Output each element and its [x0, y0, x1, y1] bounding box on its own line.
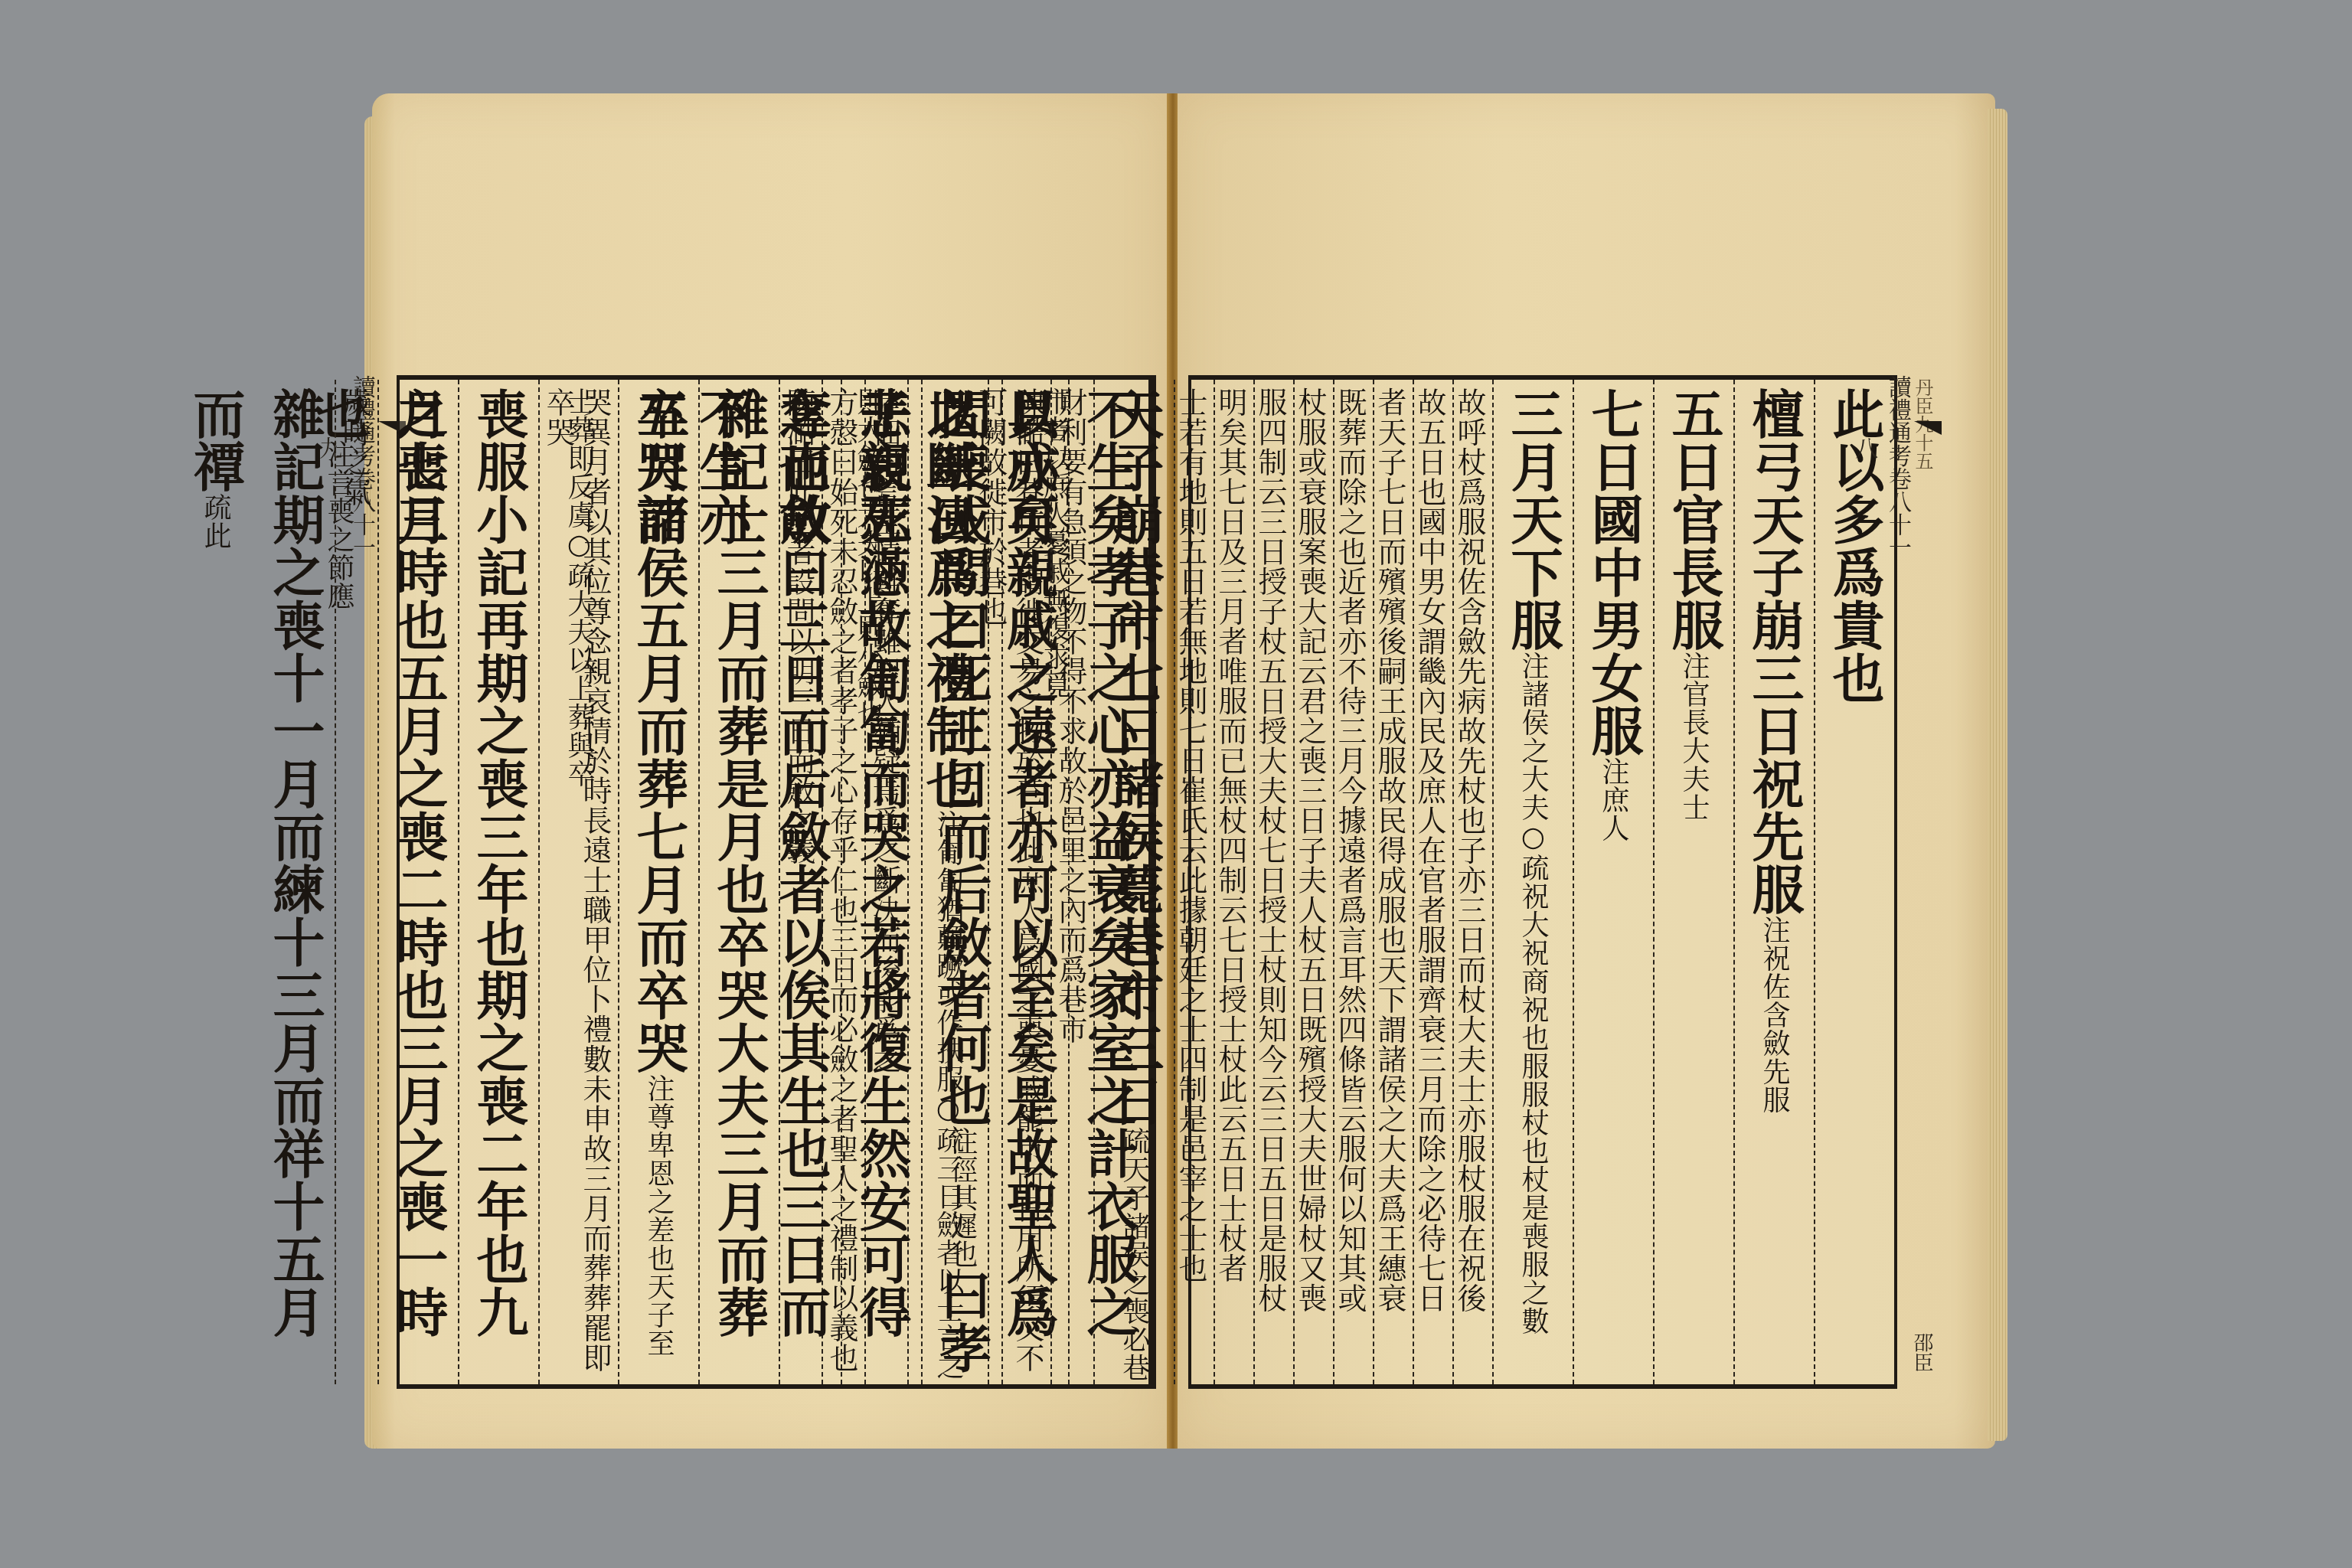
text-column: 檀弓天子崩三日祝先服注祝佐含斂先服: [1733, 380, 1814, 1384]
annotation-column: 故五日也國中男女謂畿內民及庶人在官者服謂齊衰三月而除之必待七日: [1413, 380, 1452, 1384]
annotation-column: 哭異月者以其位尊念親哀情於時長遠士職甲位卜禮數未申故三月而葬葬罷即卒哭: [538, 380, 618, 1384]
text-column: 三月天下服注諸侯之大夫○疏祝大祝商祝也服服杖也杖是喪服之數: [1492, 380, 1573, 1384]
annotation: 注祝佐含斂先服: [1759, 916, 1790, 1114]
annotation: 注官長大夫士: [1678, 652, 1710, 822]
annotation: 注諸侯之大夫○疏祝大祝商祝也服服杖也杖是喪服之數: [1517, 652, 1549, 1335]
text-column: 悲哀志懣故匍匐而哭之若將復生然安可得奪而斂: [841, 380, 921, 1384]
text-column: 喪服小記再期之喪三年也期之喪二年也九月七月: [458, 380, 538, 1384]
text-column: 問喪或問曰死三日而后斂者何也注徑其遲也曰孝子親死: [921, 380, 1001, 1384]
annotation-column: 杖服或衰服案喪大記云君之喪三日子夫人杖五日既殯授大夫世婦杖又喪: [1293, 380, 1333, 1384]
annotation-column: 財利要有急須之物不得不求故於邑里之內而爲巷市: [1050, 380, 1093, 1384]
annotation: 注徑其遲也: [946, 1127, 978, 1269]
right-slip-title: 讀禮通考卷八十一: [1880, 375, 1914, 1380]
annotation-column: 服四制云三日授子杖五日授大夫杖七日授士杖則知今云三日五日是服杖: [1253, 380, 1293, 1384]
annotation-column: 歲時之氣: [335, 380, 377, 1384]
text-column: 七日國中男女服注庶人: [1573, 380, 1653, 1384]
right-page-stack-edge: [1988, 109, 2007, 1441]
annotation-column: 明矣其七日及三月者唯服而已無杖四制云七日授士杖此云五日士杖者: [1214, 380, 1253, 1384]
right-page: 此以多爲貴也 檀弓天子崩三日祝先服注祝佐含斂先服 五日官長服注官長大夫士 七日國…: [1178, 93, 1995, 1449]
annotation-column: 既葬而除之也近者亦不待三月今據遠者爲言耳然四條皆云服何以知其或: [1333, 380, 1373, 1384]
right-text-frame: 此以多爲貴也 檀弓天子崩三日祝先服注祝佐含斂先服 五日官長服注官長大夫士 七日國…: [1188, 375, 1897, 1389]
annotation-column: 陳澔曰巷市者謂徙交易之物於巷也此庶人爲國之喪憂戚罷市而日用所須又不可闕故徙市於巷…: [1001, 380, 1050, 1384]
annotation-column: 者天子七日而殯殯後嗣王成服故民得成服也天下謂諸侯之大夫爲王繐衰: [1373, 380, 1413, 1384]
text-column: 五日官長服注官長大夫士: [1653, 380, 1733, 1384]
text-column: 天子崩巷市七日諸侯薨巷市三日疏天子諸侯之喪必巷市者以庶人憂戚無復求覓: [1093, 380, 1174, 1384]
annotation-column: 士若有地則五日若無地則七日崔氏云此據朝廷之士四制是邑宰之士也: [1174, 380, 1214, 1384]
annotation-column: 故呼杖爲服祝佐含斂先病故先杖也子亦三日而杖大夫士亦服杖服在祝後: [1452, 380, 1492, 1384]
right-slip-bottom: 邵臣: [1908, 1332, 1936, 1372]
right-page-number: 八: [1847, 436, 1880, 1380]
text-column: 之喪三時也五月之喪二時也三月之喪一時也注言喪之節應: [377, 380, 458, 1384]
annotation: 疏此: [200, 493, 231, 550]
open-book: 讀禮通考卷八十一 九 不生矣孝子之心亦益衰矣家室之計衣服之具亦可 以成矣親戚之遠…: [372, 93, 1995, 1449]
text-column: 之也故曰三日而后斂者以俟其生也三日而不生亦: [760, 380, 841, 1384]
annotation: 注庶人: [1598, 757, 1629, 842]
right-margin-slip: 丹臣九十五 讀禮通考卷八十一 八 邵臣: [1903, 375, 1942, 1380]
text-column: 雜記期之喪十一月而練十三月而祥十五月而禫疏此: [254, 380, 335, 1384]
